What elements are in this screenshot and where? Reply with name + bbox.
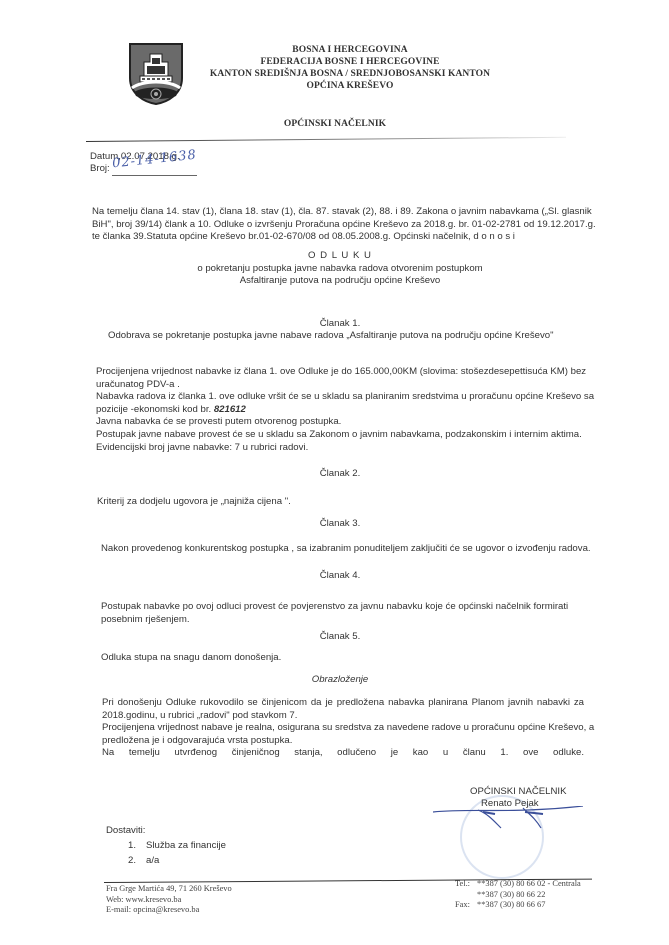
signature-icon xyxy=(433,806,583,836)
item-text: a/a xyxy=(146,855,159,866)
header-country: BOSNA I HERCEGOVINA xyxy=(190,44,510,56)
economic-code: 821612 xyxy=(214,404,246,415)
article-4-heading: Članak 4. xyxy=(90,570,590,583)
paragraph: pozicije -ekonomski kod br. 821612 xyxy=(96,404,594,417)
preamble-line: te članka 39.Statuta općine Kreševo br.0… xyxy=(92,231,596,244)
tel-label: Tel.: xyxy=(455,879,477,890)
paragraph: Javna nabavka će se provesti putem otvor… xyxy=(96,416,594,429)
decision-subject: Asfaltiranje putova na području općine K… xyxy=(90,275,590,288)
economic-code-label: pozicije -ekonomski kod br. xyxy=(96,404,214,415)
article-2-text: Kriterij za dodjelu ugovora je „najniža … xyxy=(97,496,291,509)
header-divider xyxy=(86,137,566,142)
article-1-approval: Odobrava se pokretanje postupka javne na… xyxy=(108,330,554,343)
distribution-item: 1.Služba za financije xyxy=(128,838,226,853)
item-number: 2. xyxy=(128,853,146,868)
preamble-line: BiH", broj 39/14) člank a 10. Odluke o i… xyxy=(92,219,596,232)
footer-contact-left: Fra Grge Martića 49, 71 260 Kreševo Web:… xyxy=(106,884,232,916)
paragraph: Nabavka radova iz članka 1. ove odluke v… xyxy=(96,391,594,404)
footer-tel-row: Tel.:**387 (30) 80 66 02 - Centrala xyxy=(455,879,581,890)
tel-centrala: **387 (30) 80 66 02 - Centrala xyxy=(477,879,581,888)
decision-subtitle: o pokretanju postupka javne nabavka rado… xyxy=(90,263,590,276)
paragraph: Pri donošenju Odluke rukovodilo se činje… xyxy=(102,697,584,710)
fax-label: Fax: xyxy=(455,900,477,911)
header-municipality: OPĆINA KREŠEVO xyxy=(190,80,510,92)
paragraph: Postupak nabavke po ovoj odluci provest … xyxy=(101,601,568,614)
article-1-heading: Članak 1. xyxy=(90,318,590,331)
distribution-label: Dostaviti: xyxy=(106,825,145,838)
article-1-body: Procijenjena vrijednost nabavke iz člana… xyxy=(96,366,594,454)
reasoning-body: Pri donošenju Odluke rukovodilo se činje… xyxy=(102,697,584,760)
paragraph: posebnim rješenjem. xyxy=(101,614,568,627)
tel-secondary: **387 (30) 80 66 22 xyxy=(477,890,545,899)
document-number-label: Broj: xyxy=(90,163,110,176)
footer-address: Fra Grge Martića 49, 71 260 Kreševo xyxy=(106,884,232,895)
decision-title: O D L U K U xyxy=(90,250,590,263)
footer-web[interactable]: Web: www.kresevo.ba xyxy=(106,895,232,906)
footer-tel-row: **387 (30) 80 66 22 xyxy=(455,890,581,901)
preamble-line: Na temelju člana 14. stav (1), člana 18.… xyxy=(92,206,596,219)
footer-email[interactable]: E-mail: opcina@kresevo.ba xyxy=(106,905,232,916)
article-3-text: Nakon provedenog konkurentskog postupka … xyxy=(101,543,591,556)
article-3-heading: Članak 3. xyxy=(90,518,590,531)
article-2-heading: Članak 2. xyxy=(90,468,590,481)
signatory-title: OPĆINSKI NAČELNIK xyxy=(470,786,567,799)
distribution-item: 2.a/a xyxy=(128,853,226,868)
paragraph: Evidencijski broj javne nabavke: 7 u rub… xyxy=(96,442,594,455)
preamble: Na temelju člana 14. stav (1), člana 18.… xyxy=(92,206,596,244)
paragraph: Procijenjena vrijednost nabave je realna… xyxy=(102,722,584,735)
number-underline xyxy=(112,175,197,176)
paragraph: Postupak javne nabave provest će se u sk… xyxy=(96,429,594,442)
article-4-text: Postupak nabavke po ovoj odluci provest … xyxy=(101,601,568,626)
item-number: 1. xyxy=(128,838,146,853)
footer-contact-right: Tel.:**387 (30) 80 66 02 - Centrala **38… xyxy=(455,879,581,911)
paragraph: predložena je i odgovarajuća vrsta postu… xyxy=(102,735,584,748)
paragraph: 2018.godinu, u rubrici „radovi" pod stav… xyxy=(102,710,584,723)
paragraph: uračunatog PDV-a . xyxy=(96,379,594,392)
reasoning-heading: Obrazloženje xyxy=(90,674,590,687)
header-federation: FEDERACIJA BOSNE I HERCEGOVINE xyxy=(190,56,510,68)
article-5-heading: Članak 5. xyxy=(90,631,590,644)
item-text: Služba za financije xyxy=(146,840,226,851)
paragraph: Na temelju utvrđenog činjeničnog stanja,… xyxy=(102,747,584,760)
municipal-crest-icon xyxy=(128,42,184,106)
distribution-list: 1.Služba za financije 2.a/a xyxy=(128,838,226,868)
fax-number: **387 (30) 80 66 67 xyxy=(477,900,545,909)
letterhead: BOSNA I HERCEGOVINA FEDERACIJA BOSNE I H… xyxy=(190,44,510,92)
decision-title-block: O D L U K U o pokretanju postupka javne … xyxy=(90,250,590,288)
header-canton: KANTON SREDIŠNJA BOSNA / SREDNJOBOSANSKI… xyxy=(190,68,510,80)
article-5-text: Odluka stupa na snagu danom donošenja. xyxy=(101,652,281,665)
header-office: OPĆINSKI NAČELNIK xyxy=(250,118,420,130)
paragraph: Procijenjena vrijednost nabavke iz člana… xyxy=(96,366,594,379)
footer-fax-row: Fax:**387 (30) 80 66 67 xyxy=(455,900,581,911)
